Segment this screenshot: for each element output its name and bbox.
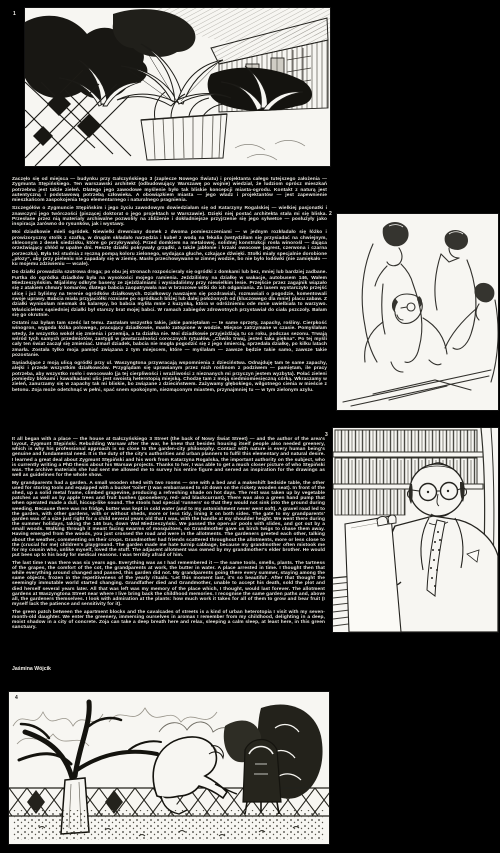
polish-paragraph: Sąsiadujące z moją ulicą ogródki przy ul…	[12, 361, 327, 393]
english-text-block: It all began with a place — the house at…	[12, 437, 325, 633]
polish-paragraph: Moi dziadkowie mieli ogródek. Niewielki …	[12, 230, 327, 267]
figure-4-garden-work-drawing: 4	[9, 692, 329, 844]
polish-paragraph: Zaczęło się od miejsca — budynku przy Ga…	[12, 177, 327, 204]
figure-2-architects-drawing	[337, 214, 498, 410]
figure-3-portrait-drawing	[333, 428, 498, 632]
figure-1-number: 1	[13, 12, 16, 17]
architect-portrait-illustration	[333, 428, 498, 632]
polish-paragraph: Do działki prowadziła szutrowa droga; po…	[12, 270, 327, 318]
english-paragraph: The green patch between the apartment bl…	[12, 610, 325, 631]
author-signature: Jaśmina Wójcik	[12, 666, 51, 672]
english-paragraph: The last time I was there was six years …	[12, 561, 325, 607]
magazine-page: 1	[0, 0, 500, 853]
figure-1-garden-drawing	[25, 8, 330, 166]
polish-paragraph: Ostatni raz byłam tam sześć lat temu. Za…	[12, 321, 327, 358]
figure-3-number: 3	[325, 433, 328, 438]
polish-paragraph: Szczegółów o Zygmuncie Stępińskim i jego…	[12, 206, 327, 227]
figure-2-number: 2	[329, 212, 332, 217]
garden-sketch-illustration	[25, 8, 330, 166]
polish-text-block: Zaczęło się od miejsca — budynku przy Ga…	[12, 177, 327, 396]
english-paragraph: My grandparents had a garden. A small wo…	[12, 481, 325, 558]
architects-over-plans-illustration	[337, 214, 498, 410]
english-paragraph: It all began with a place — the house at…	[12, 437, 325, 478]
figure-4-number: 4	[15, 696, 18, 701]
gardener-bending-illustration	[9, 692, 329, 844]
